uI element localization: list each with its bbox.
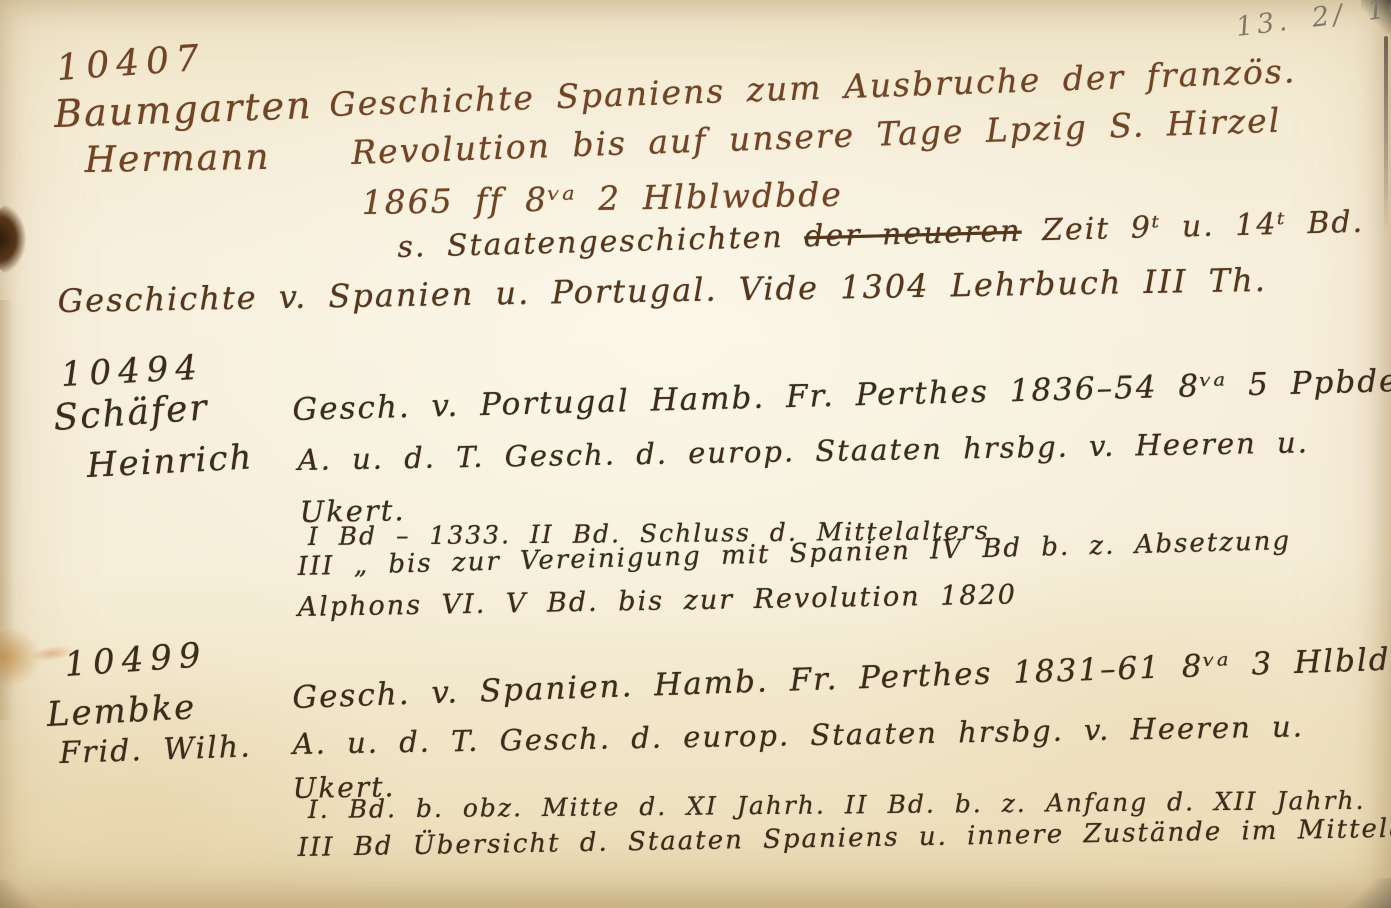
series-title-line: A. u. d. T. Gesch. d. europ. Staaten hrs… [292, 709, 1304, 761]
entry-number: 10407 [55, 38, 207, 89]
corner-dark-bottom-right [1343, 878, 1391, 908]
binding-fold-shadow [0, 300, 14, 720]
crossed-out-words: der neueren [804, 214, 1022, 255]
title-line: Gesch. v. Spanien. Hamb. Fr. Perthes 183… [292, 639, 1391, 716]
ink-blot-left-edge [0, 204, 26, 274]
author-surname: Baumgarten [53, 83, 313, 136]
author-surname: Schäfer [52, 387, 210, 439]
entry-number: 10499 [63, 635, 209, 685]
series-title-line: A. u. d. T. Gesch. d. europ. Staaten hrs… [297, 425, 1309, 477]
series-note-post: Zeit 9ᵗ u. 14ᵗ Bd. [1021, 205, 1364, 249]
volume-contents-line: Alphons VI. V Bd. bis zur Revolution 182… [297, 579, 1017, 623]
cross-reference-line: Geschichte v. Spanien u. Portugal. Vide … [57, 261, 1267, 320]
pencil-corner-note: 13. 2/ 164 [1234, 0, 1391, 43]
author-forename: Hermann [84, 137, 271, 181]
manuscript-page: 13. 2/ 164 10407 Baumgarten Hermann Gesc… [0, 0, 1391, 908]
title-line: Gesch. v. Portugal Hamb. Fr. Perthes 183… [292, 363, 1391, 428]
corner-dark-bottom-left [0, 880, 40, 908]
imprint-line: 1865 ff 8ᵛᵃ 2 Hlblwdbde [361, 175, 843, 222]
author-surname: Lembke [46, 687, 197, 735]
author-forename: Frid. Wilh. [59, 729, 252, 771]
author-forename: Heinrich [86, 437, 254, 486]
stain-left-edge [0, 626, 42, 688]
series-note-pre: s. Staatengeschichten [397, 219, 805, 265]
page-edge-shadow [1384, 36, 1388, 236]
